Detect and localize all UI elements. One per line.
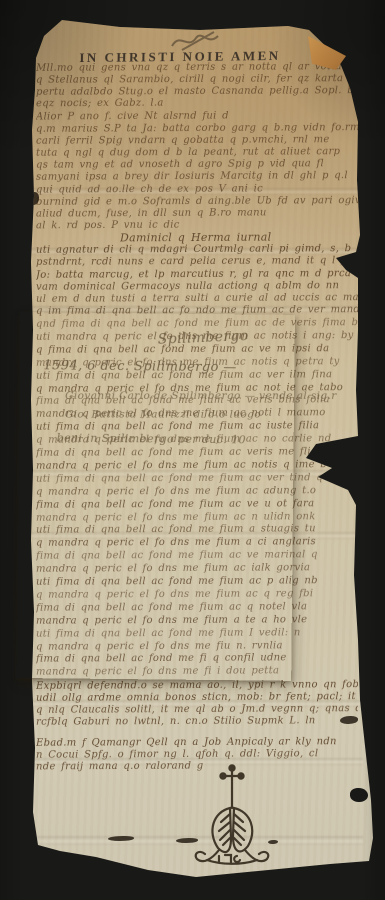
manuscript-line: Jo: batta marcug, et lp marcutius r, gl … — [36, 268, 351, 282]
wormhole — [350, 788, 368, 802]
manuscript-line: al k. rd pos. P vnu ic dic — [36, 220, 180, 233]
note-price-line: beni in Spilimbergo per duc. 10 — [57, 431, 246, 446]
manuscript-line: Alior P ano f. cive Nt alsrnd fui d — [36, 110, 229, 123]
archivist-note: Spilimbergo 1594, 6 dec. Spilimbergo — G… — [16, 312, 295, 681]
document-photo: IN CHRISTI NOIE AMEN Mll.mo qui gens vna… — [0, 0, 385, 900]
notary-sign-icon — [183, 764, 279, 868]
manuscript-line: pertu adalbdo Stug.o el masto Casnanda p… — [36, 85, 354, 99]
manuscript-line: burnind gid e m.o Soframls d aing.ble Ub… — [36, 195, 358, 209]
manuscript-line: rcfblq Gaburi no lwtnl, n. cn.o Stilio S… — [36, 715, 316, 728]
note-heading-word: Spilimbergo — [157, 328, 249, 348]
note-buyer-line: Gio. Battista Maurizzi di d.o luogo — [65, 409, 261, 421]
manuscript-line: samyani ipsa a brey dir Iosiuris Marcitg… — [36, 171, 348, 185]
note-date-line: 1594, 6 dec. Spilimbergo — — [43, 358, 236, 375]
manuscript-line: pstndrnt, rcdi nuns e card pelia cerus e… — [36, 256, 358, 270]
manuscript-line: eqz nocis; ex Gabz. l.a — [36, 98, 164, 111]
note-seller-line: Giovanni Carlo de Spilimbergo — vende al… — [65, 390, 337, 402]
manuscript-line: aliud ducm, fuse, in dll sun q B.ro manu — [36, 207, 267, 220]
manuscript-line: nde fraij mana q.o ralorand g — [36, 761, 204, 774]
manuscript-line: qui quid ad ao.lle ch de ex pos V ani ic — [36, 183, 263, 196]
manuscript-line: Daminicl q Herma iurnal — [120, 232, 271, 245]
manuscript-line: vam dominical Germacoys nulla actiong q … — [36, 280, 339, 294]
